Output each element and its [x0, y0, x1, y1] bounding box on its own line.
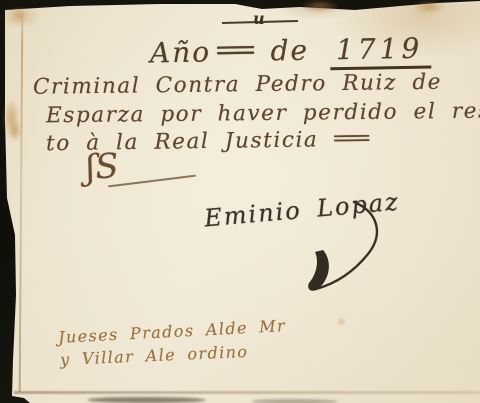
bottom-smudge-right	[252, 399, 338, 403]
rubric-mark: ʃS	[85, 146, 120, 188]
year-label: Año	[150, 35, 212, 69]
stain-top-center	[300, 0, 340, 12]
year-value: 1719	[330, 32, 432, 71]
bottom-smudge-left	[88, 397, 206, 403]
body-line-2: Esparza por haver perdido el respec	[46, 99, 480, 129]
year-heading: Año=de 1719	[150, 32, 432, 70]
folio-mark: u	[222, 9, 300, 31]
stain-top-right	[412, 0, 446, 14]
bottom-fold-line	[14, 391, 480, 394]
stain-left-small	[8, 120, 22, 142]
signature-flourish	[228, 192, 408, 300]
body-terminator-mark: =	[328, 126, 379, 152]
year-preposition: de	[270, 34, 309, 68]
folio-mark-glyph: u	[253, 9, 265, 28]
stain-dot	[338, 318, 345, 325]
manuscript-scan: u Año=de 1719 Criminal Contra Pedro Ruiz…	[0, 0, 480, 403]
stain-top-left	[11, 6, 27, 24]
year-separator-mark: =	[211, 32, 265, 66]
